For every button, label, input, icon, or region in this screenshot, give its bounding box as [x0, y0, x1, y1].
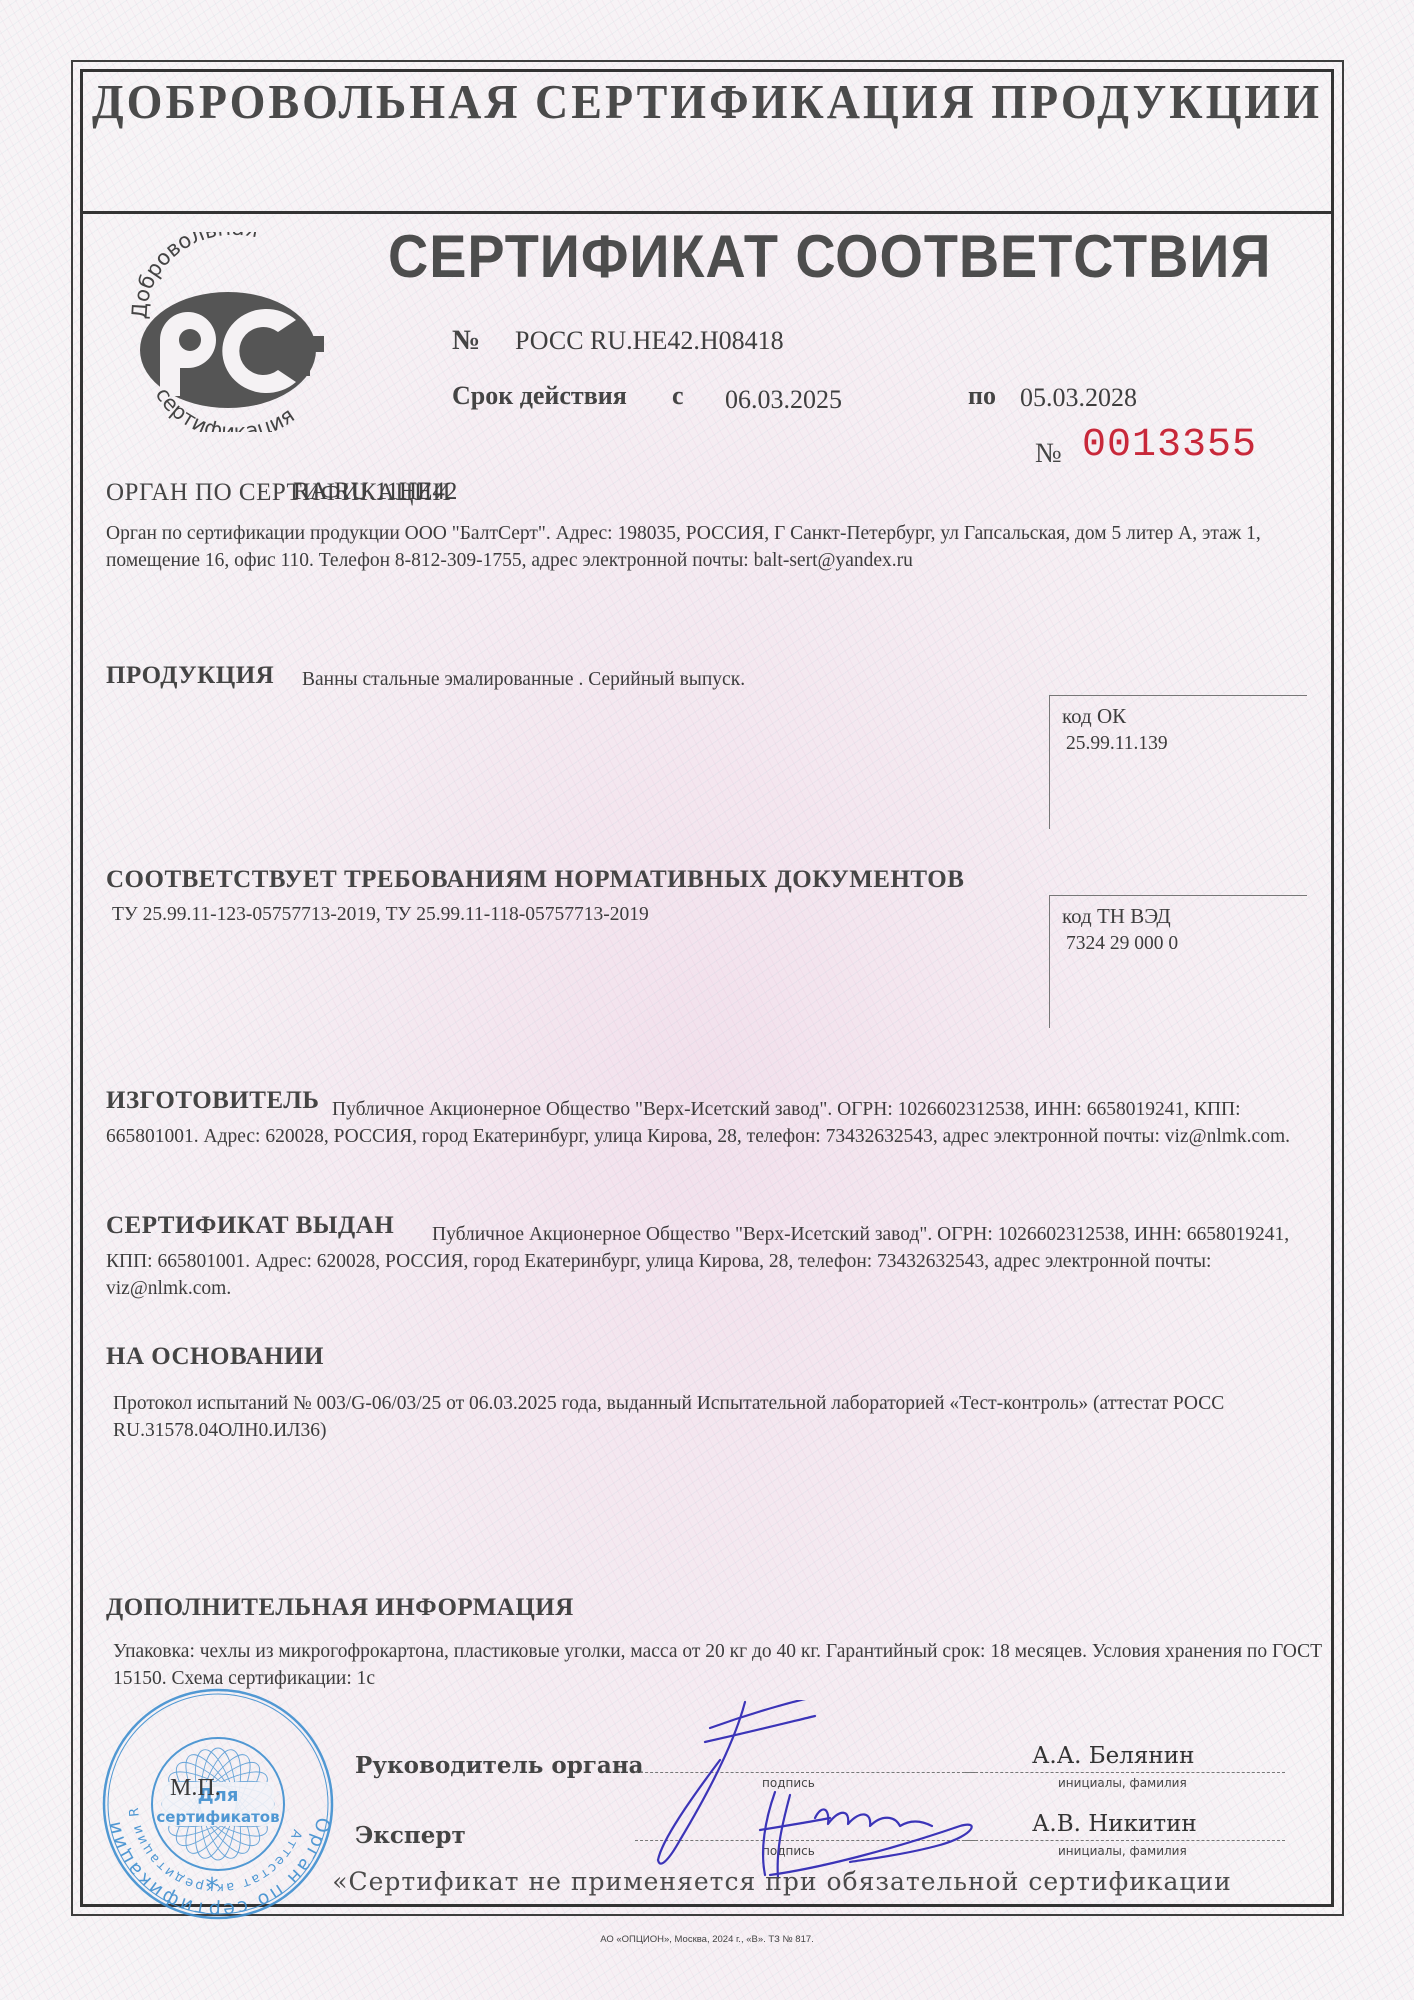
- rst-logo-icon: Добровольная сертификация: [128, 232, 338, 432]
- additional-info-title: ДОПОЛНИТЕЛЬНАЯ ИНФОРМАЦИЯ: [106, 1594, 574, 1622]
- additional-info-text: Упаковка: чехлы из микрогофрокартона, пл…: [113, 1638, 1328, 1692]
- validity-to-label: по: [968, 381, 996, 411]
- number-sign: №: [452, 325, 480, 357]
- validity-to-date: 05.03.2028: [1020, 383, 1137, 413]
- head-name-line: [965, 1772, 1285, 1773]
- serial-number: 0013355: [1082, 423, 1257, 468]
- tnved-code-value: 7324 29 000 0: [1062, 930, 1307, 958]
- stamp-place-label: М.П.: [170, 1775, 221, 1802]
- certification-body-code: RA.RU.11НЕ42: [293, 478, 457, 506]
- validity-from-label: с: [672, 381, 684, 411]
- voluntary-certification-header: ДОБРОВОЛЬНАЯ СЕРТИФИКАЦИЯ ПРОДУКЦИИ: [80, 74, 1334, 130]
- validity-from-date: 06.03.2025: [725, 385, 842, 415]
- certification-body-text: Орган по сертификации продукции ООО "Бал…: [106, 520, 1316, 574]
- printer-imprint: АО «ОПЦИОН», Москва, 2024 г., «В». ТЗ № …: [80, 1934, 1334, 1945]
- basis-title: НА ОСНОВАНИИ: [106, 1343, 324, 1371]
- tnved-code-box: код ТН ВЭД 7324 29 000 0: [1049, 895, 1307, 1028]
- handwritten-signatures-icon: [560, 1700, 980, 1890]
- expert-name-line: [965, 1840, 1285, 1841]
- manufacturer-title: ИЗГОТОВИТЕЛЬ: [106, 1087, 319, 1115]
- tnved-code-label: код ТН ВЭД: [1062, 902, 1307, 930]
- certificate-title: СЕРТИФИКАТ СООТВЕТСТВИЯ: [388, 222, 1271, 291]
- stamp-center-text-2: сертификатов: [156, 1808, 279, 1826]
- product-text: Ванны стальные эмалированные . Серийный …: [302, 666, 745, 693]
- basis-text: Протокол испытаний № 003/G-06/03/25 от 0…: [113, 1390, 1313, 1444]
- header-divider: [80, 211, 1334, 214]
- certificate-number: РОСС RU.НЕ42.Н08418: [515, 326, 784, 356]
- expert-name-caption: инициалы, фамилия: [1058, 1844, 1187, 1858]
- head-name-caption: инициалы, фамилия: [1058, 1776, 1187, 1790]
- okpd-code-box: код ОК 25.99.11.139: [1049, 695, 1307, 829]
- head-name: А.А. Белянин: [1032, 1743, 1194, 1769]
- normative-documents-title: СООТВЕТСТВУЕТ ТРЕБОВАНИЯМ НОРМАТИВНЫХ ДО…: [106, 866, 964, 894]
- expert-label: Эксперт: [355, 1822, 466, 1849]
- serial-number-sign: №: [1035, 438, 1062, 470]
- expert-name: А.В. Никитин: [1032, 1811, 1197, 1837]
- product-title: ПРОДУКЦИЯ: [106, 662, 274, 690]
- okpd-code-value: 25.99.11.139: [1062, 730, 1307, 758]
- issued-to-title: СЕРТИФИКАТ ВЫДАН: [106, 1212, 394, 1240]
- okpd-code-label: код ОК: [1062, 702, 1307, 730]
- validity-label: Срок действия: [452, 381, 627, 411]
- voluntary-only-notice: «Сертификат не применяется при обязатель…: [80, 1867, 1334, 1896]
- normative-documents-text: ТУ 25.99.11-123-05757713-2019, ТУ 25.99.…: [112, 901, 649, 928]
